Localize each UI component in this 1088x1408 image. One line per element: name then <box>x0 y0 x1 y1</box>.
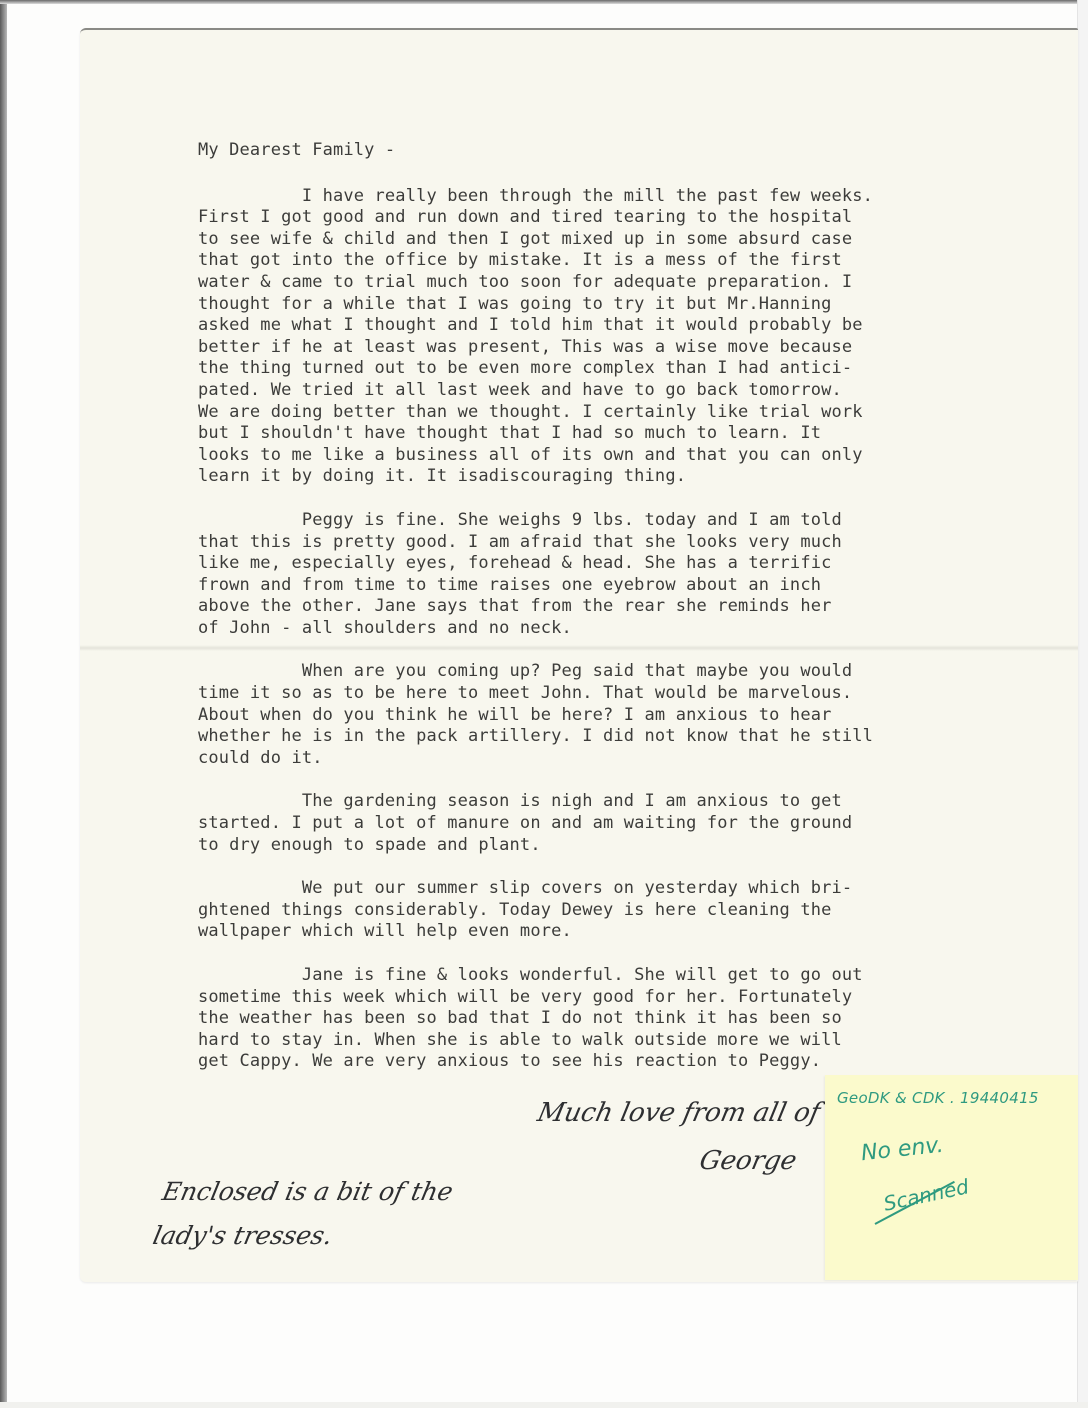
typed-line: thought for a while that I was going to … <box>198 294 1048 316</box>
typed-line: get Cappy. We are very anxious to see hi… <box>198 1051 1048 1073</box>
typed-line: the weather has been so bad that I do no… <box>198 1008 1048 1030</box>
letter-paragraph: Jane is fine & looks wonderful. She will… <box>198 965 1048 1073</box>
typed-line: ghtened things considerably. Today Dewey… <box>198 900 1048 922</box>
typed-line: We are doing better than we thought. I c… <box>198 402 1048 424</box>
typed-line: First I got good and run down and tired … <box>198 207 1048 229</box>
typed-line: I have really been through the mill the … <box>198 186 1048 208</box>
letter-paragraph: Peggy is fine. She weighs 9 lbs. today a… <box>198 510 1048 640</box>
sticky-note-envelope-status: No env. <box>860 1133 945 1166</box>
typed-line: The gardening season is nigh and I am an… <box>198 791 1048 813</box>
typed-line: like me, especially eyes, forehead & hea… <box>198 553 1048 575</box>
typed-line: to dry enough to spade and plant. <box>198 835 1048 857</box>
typed-line: pated. We tried it all last week and hav… <box>198 380 1048 402</box>
typed-line: Peggy is fine. She weighs 9 lbs. today a… <box>198 510 1048 532</box>
postscript-line: lady's tresses. <box>149 1214 448 1258</box>
letter-paragraph: The gardening season is nigh and I am an… <box>198 791 1048 856</box>
typed-line: About when do you think he will be here?… <box>198 705 1048 727</box>
letter-paragraph: When are you coming up? Peg said that ma… <box>198 661 1048 769</box>
typed-line: the thing turned out to be even more com… <box>198 358 1048 380</box>
typed-line: that this is pretty good. I am afraid th… <box>198 532 1048 554</box>
typed-line: asked me what I thought and I told him t… <box>198 315 1048 337</box>
salutation: My Dearest Family - <box>198 140 1048 162</box>
handwritten-signature: George <box>697 1146 800 1176</box>
handwritten-closing: Much love from all of <box>535 1098 823 1128</box>
letter-paragraphs: I have really been through the mill the … <box>198 186 1048 1073</box>
sticky-note: GeoDK & CDK . 19440415 No env. Scanned <box>825 1075 1078 1280</box>
typed-line: frown and from time to time raises one e… <box>198 575 1048 597</box>
typed-line: could do it. <box>198 748 1048 770</box>
typed-line: water & came to trial much too soon for … <box>198 272 1048 294</box>
scan-right-edge <box>1077 0 1088 1408</box>
typed-line: to see wife & child and then I got mixed… <box>198 229 1048 251</box>
typed-line: sometime this week which will be very go… <box>198 987 1048 1009</box>
typed-line: wallpaper which will help even more. <box>198 921 1048 943</box>
typed-line: better if he at least was present, This … <box>198 337 1048 359</box>
letter-paragraph: I have really been through the mill the … <box>198 186 1048 488</box>
typed-line: that got into the office by mistake. It … <box>198 250 1048 272</box>
handwritten-postscript: Enclosed is a bit of the lady's tresses. <box>149 1170 458 1258</box>
typed-line: hard to stay in. When she is able to wal… <box>198 1030 1048 1052</box>
typed-line: but I shouldn't have thought that I had … <box>198 423 1048 445</box>
scan-top-edge <box>0 0 1088 4</box>
typed-line: looks to me like a business all of its o… <box>198 445 1048 467</box>
scan-left-edge <box>0 0 7 1408</box>
typed-line: learn it by doing it. It isadiscouraging… <box>198 466 1048 488</box>
typed-line: whether he is in the pack artillery. I d… <box>198 726 1048 748</box>
scan-bottom-edge <box>0 1402 1088 1408</box>
letter-paragraph: We put our summer slip covers on yesterd… <box>198 878 1048 943</box>
typed-line: of John - all shoulders and no neck. <box>198 618 1048 640</box>
typed-line: time it so as to be here to meet John. T… <box>198 683 1048 705</box>
typed-line: We put our summer slip covers on yesterd… <box>198 878 1048 900</box>
sticky-note-archive-id: GeoDK & CDK . 19440415 <box>837 1089 1039 1107</box>
postscript-line: Enclosed is a bit of the <box>158 1170 457 1214</box>
typed-line: started. I put a lot of manure on and am… <box>198 813 1048 835</box>
typed-line: above the other. Jane says that from the… <box>198 596 1048 618</box>
typed-letter-body: My Dearest Family - I have really been t… <box>198 140 1048 1095</box>
typed-line: When are you coming up? Peg said that ma… <box>198 661 1048 683</box>
typed-line: Jane is fine & looks wonderful. She will… <box>198 965 1048 987</box>
